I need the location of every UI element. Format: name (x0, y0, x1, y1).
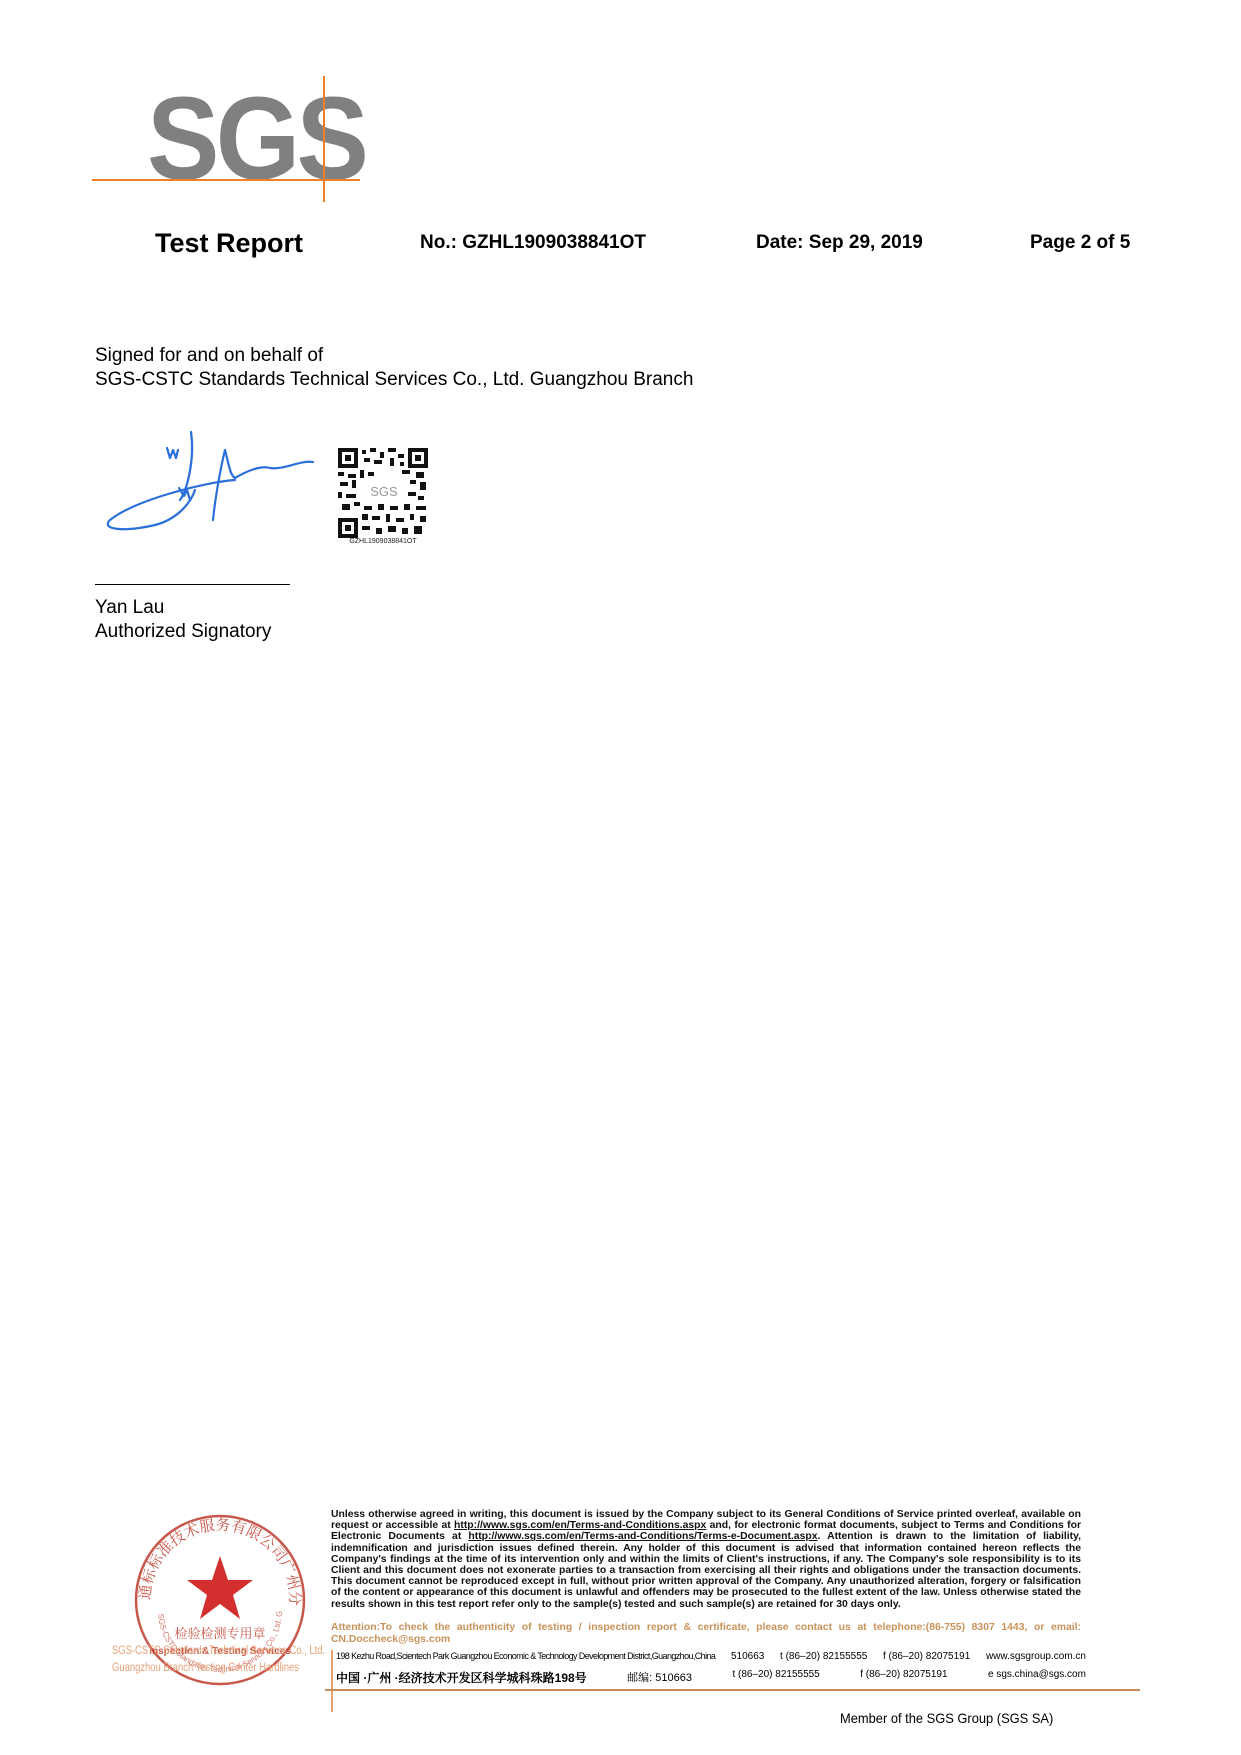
signed-line-1: Signed for and on behalf of (95, 344, 693, 368)
report-date: Date: Sep 29, 2019 (756, 232, 923, 254)
address-tel-cn: t (86–20) 82155555 (732, 1669, 819, 1686)
address-divider-horizontal (325, 1689, 1140, 1691)
authenticity-notice: Attention:To check the authenticity of t… (331, 1622, 1081, 1646)
qr-caption: GZHL1909038841OT (332, 538, 434, 545)
svg-text:SGS: SGS (370, 484, 398, 499)
email-link[interactable]: e sgs.china@sgs.com (988, 1669, 1086, 1686)
address-postcode-en: 510663 (731, 1651, 764, 1662)
address-street-cn: 中国 ·广州 ·经济技术开发区科学城科珠路198号 (336, 1669, 587, 1686)
signature-image (95, 420, 325, 540)
address-tel-en: t (86–20) 82155555 (780, 1651, 867, 1662)
signatory-title: Authorized Signatory (95, 620, 271, 644)
logo-horizontal-line (92, 179, 360, 181)
address-fax-cn: f (86–20) 82075191 (860, 1669, 947, 1686)
address-street-en: 198 Kezhu Road,Scientech Park Guangzhou … (336, 1651, 715, 1662)
signatory-name: Yan Lau (95, 596, 271, 620)
page-indicator: Page 2 of 5 (1030, 232, 1130, 254)
address-postcode-cn: 邮编: 510663 (627, 1669, 692, 1686)
signed-on-behalf: Signed for and on behalf of SGS-CSTC Sta… (95, 344, 693, 392)
address-fax-en: f (86–20) 82075191 (883, 1651, 970, 1662)
logo-vertical-line (323, 76, 325, 202)
address-divider-vertical (331, 1650, 333, 1712)
member-of-sgs-group: Member of the SGS Group (SGS SA) (840, 1710, 1053, 1726)
signature-line (95, 584, 290, 585)
svg-text:检验检测专用章: 检验检测专用章 (174, 1626, 265, 1642)
report-title: Test Report (155, 228, 303, 259)
signed-company: SGS-CSTC Standards Technical Services Co… (95, 368, 693, 392)
terms-e-document-link[interactable]: http://www.sgs.com/en/Terms-and-Conditio… (468, 1531, 817, 1542)
logo-text: SGS (147, 84, 365, 194)
sgs-logo: SGS (92, 76, 360, 202)
terms-and-conditions-link[interactable]: http://www.sgs.com/en/Terms-and-Conditio… (454, 1520, 706, 1531)
stamp-caption: SGS-CSTC Standards Technical Services Co… (112, 1643, 325, 1677)
address-english: 198 Kezhu Road,Scientech Park Guangzhou … (336, 1651, 1086, 1662)
address-chinese: 中国 ·广州 ·经济技术开发区科学城科珠路198号 邮编: 510663 t (… (336, 1669, 1086, 1686)
legal-disclaimer: Unless otherwise agreed in writing, this… (331, 1509, 1081, 1610)
signatory-block: Yan Lau Authorized Signatory (95, 596, 271, 644)
report-number: No.: GZHL1909038841OT (420, 232, 646, 254)
website-link[interactable]: www.sgsgroup.com.cn (986, 1651, 1086, 1662)
qr-code[interactable]: SGS (338, 448, 428, 538)
